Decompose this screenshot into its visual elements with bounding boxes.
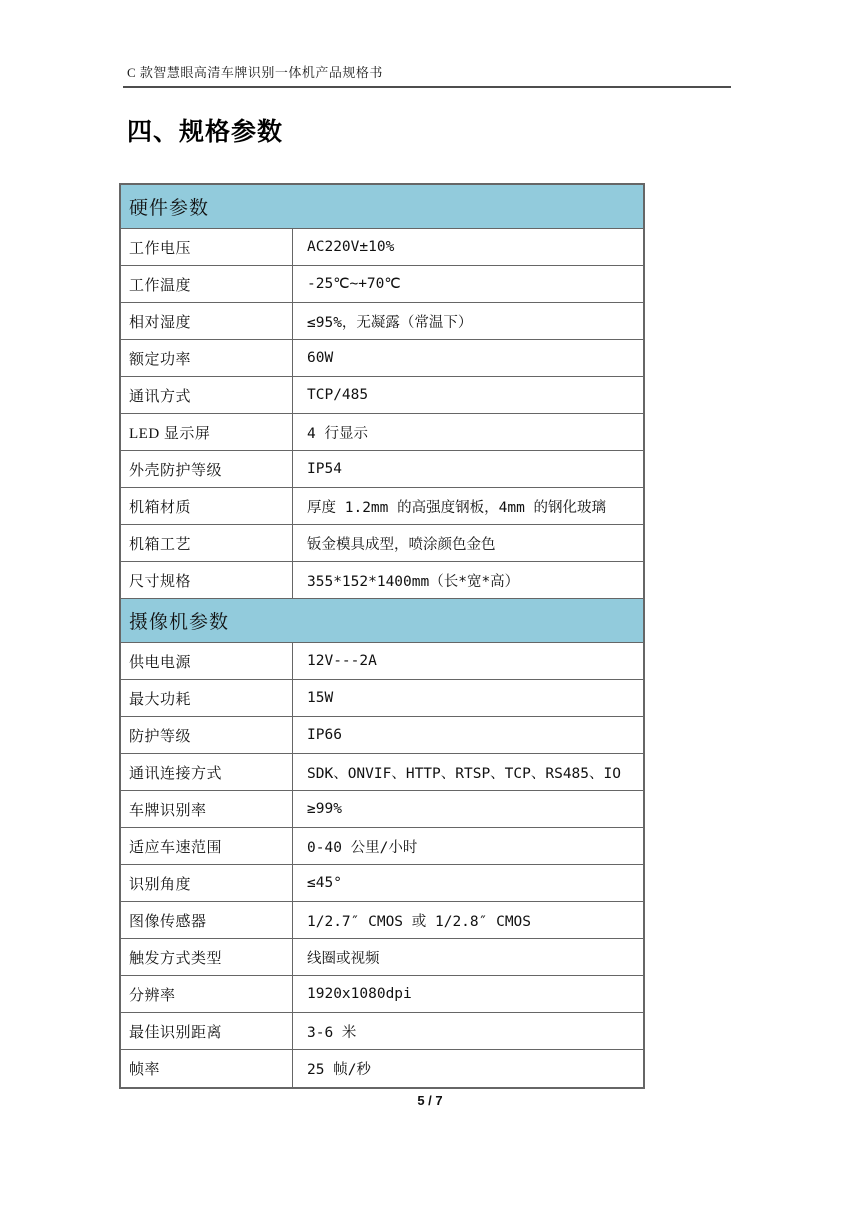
section-header-camera: 摄像机参数 [121,599,643,643]
row-label: 机箱材质 [121,488,293,524]
table-row: 分辨率 1920x1080dpi [121,976,643,1013]
row-label: 相对湿度 [121,303,293,339]
table-row: 适应车速范围 0-40 公里/小时 [121,828,643,865]
row-label: 通讯连接方式 [121,754,293,790]
row-value: IP66 [293,717,643,753]
row-label: 通讯方式 [121,377,293,413]
row-label: 图像传感器 [121,902,293,938]
table-row: 最大功耗 15W [121,680,643,717]
page-title: 四、规格参数 [127,112,283,148]
row-value: IP54 [293,451,643,487]
row-label: 工作电压 [121,229,293,265]
table-row: 机箱材质 厚度 1.2mm 的高强度钢板，4mm 的钢化玻璃 [121,488,643,525]
table-row: 防护等级 IP66 [121,717,643,754]
table-row: 外壳防护等级 IP54 [121,451,643,488]
row-label: 额定功率 [121,340,293,376]
row-value: ≥99% [293,791,643,827]
row-value: SDK、ONVIF、HTTP、RTSP、TCP、RS485、IO [293,754,643,790]
row-value: 1920x1080dpi [293,976,643,1012]
table-row: 通讯连接方式 SDK、ONVIF、HTTP、RTSP、TCP、RS485、IO [121,754,643,791]
table-row: LED 显示屏 4 行显示 [121,414,643,451]
row-label: 适应车速范围 [121,828,293,864]
row-value: 4 行显示 [293,414,643,450]
row-label: 机箱工艺 [121,525,293,561]
table-row: 触发方式类型 线圈或视频 [121,939,643,976]
spec-table: 硬件参数 工作电压 AC220V±10% 工作温度 -25℃~+70℃ 相对湿度… [119,183,645,1089]
row-value: ≤45° [293,865,643,901]
document-header-text: C 款智慧眼高清车牌识别一体机产品规格书 [127,65,383,80]
row-label: 分辨率 [121,976,293,1012]
table-row: 帧率 25 帧/秒 [121,1050,643,1087]
row-value: 355*152*1400mm（长*宽*高） [293,562,643,598]
row-value: 15W [293,680,643,716]
row-value: 3-6 米 [293,1013,643,1049]
row-value: 厚度 1.2mm 的高强度钢板，4mm 的钢化玻璃 [293,488,643,524]
row-label: 车牌识别率 [121,791,293,827]
table-row: 图像传感器 1/2.7″ CMOS 或 1/2.8″ CMOS [121,902,643,939]
table-row: 相对湿度 ≤95%，无凝露（常温下） [121,303,643,340]
row-label: 工作温度 [121,266,293,302]
page-number: 5 / 7 [0,1093,860,1108]
row-value: 0-40 公里/小时 [293,828,643,864]
row-label: 外壳防护等级 [121,451,293,487]
document-header: C 款智慧眼高清车牌识别一体机产品规格书 [123,62,731,88]
table-row: 供电电源 12V---2A [121,643,643,680]
row-label: 最佳识别距离 [121,1013,293,1049]
table-row: 额定功率 60W [121,340,643,377]
row-label: 触发方式类型 [121,939,293,975]
row-value: 1/2.7″ CMOS 或 1/2.8″ CMOS [293,902,643,938]
row-value: 钣金模具成型，喷涂颜色金色 [293,525,643,561]
row-label: 识别角度 [121,865,293,901]
row-label: 尺寸规格 [121,562,293,598]
table-row: 尺寸规格 355*152*1400mm（长*宽*高） [121,562,643,599]
section-header-label: 摄像机参数 [129,607,229,634]
row-value: 线圈或视频 [293,939,643,975]
row-value: 60W [293,340,643,376]
row-value: AC220V±10% [293,229,643,265]
section-header-label: 硬件参数 [129,193,209,220]
row-label: 最大功耗 [121,680,293,716]
table-row: 工作电压 AC220V±10% [121,229,643,266]
row-value: ≤95%，无凝露（常温下） [293,303,643,339]
section-header-hardware: 硬件参数 [121,185,643,229]
row-value: 12V---2A [293,643,643,679]
table-row: 机箱工艺 钣金模具成型，喷涂颜色金色 [121,525,643,562]
table-row: 车牌识别率 ≥99% [121,791,643,828]
table-row: 工作温度 -25℃~+70℃ [121,266,643,303]
row-label: 防护等级 [121,717,293,753]
row-label: LED 显示屏 [121,414,293,450]
table-row: 最佳识别距离 3-6 米 [121,1013,643,1050]
row-value: TCP/485 [293,377,643,413]
row-label: 帧率 [121,1050,293,1087]
row-label: 供电电源 [121,643,293,679]
table-row: 识别角度 ≤45° [121,865,643,902]
row-value: 25 帧/秒 [293,1050,643,1087]
row-value: -25℃~+70℃ [293,266,643,302]
table-row: 通讯方式 TCP/485 [121,377,643,414]
